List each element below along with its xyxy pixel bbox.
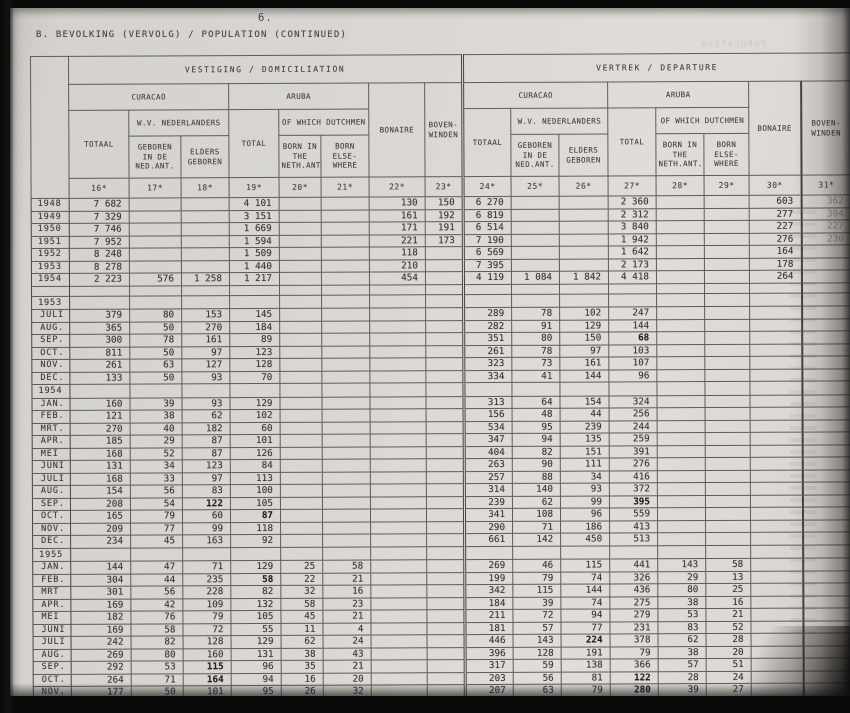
data-cell: 362 [801, 195, 850, 208]
data-cell [803, 645, 850, 658]
data-cell [657, 408, 705, 421]
data-cell [751, 520, 803, 533]
data-cell: 80 [658, 584, 706, 597]
data-cell [321, 260, 369, 273]
data-cell: 259 [609, 433, 657, 446]
data-cell: 323 [464, 357, 512, 370]
data-cell [322, 397, 370, 410]
data-cell: 290 [465, 521, 513, 534]
data-cell: 34 [130, 460, 182, 473]
data-cell [321, 210, 369, 223]
data-cell: 7 746 [69, 223, 129, 236]
data-cell: 45 [281, 610, 323, 623]
data-cell: 13 [706, 571, 751, 584]
data-cell [560, 293, 609, 307]
data-cell: 168 [70, 448, 130, 461]
data-cell: 97 [182, 346, 230, 359]
data-cell: 7 329 [69, 211, 129, 224]
data-cell: 34 [560, 470, 609, 483]
data-cell: 48 [512, 408, 560, 421]
data-cell: 39 [130, 397, 182, 410]
data-cell [427, 622, 465, 635]
data-cell [280, 295, 322, 309]
data-cell: 169 [71, 599, 131, 612]
data-cell [706, 520, 751, 533]
data-cell: 39 [513, 597, 561, 610]
data-cell [511, 209, 559, 222]
data-cell: 1 217 [229, 272, 279, 285]
data-cell: 8 278 [69, 261, 129, 274]
data-cell [322, 409, 370, 422]
data-cell: 72 [513, 609, 561, 622]
data-cell: 153 [182, 309, 230, 322]
data-cell: 171 [369, 222, 425, 235]
data-cell [802, 394, 850, 407]
data-cell [801, 270, 850, 283]
row-label: AUG. [33, 649, 71, 662]
data-cell: 62 [281, 635, 323, 648]
data-cell: 8 248 [69, 248, 129, 261]
data-cell [657, 319, 705, 332]
data-cell: 16 [281, 673, 323, 686]
data-cell: 20 [706, 646, 751, 659]
data-cell: 314 [464, 483, 512, 496]
data-cell [511, 196, 559, 209]
data-cell: 4 418 [608, 271, 656, 284]
data-cell: 186 [561, 520, 610, 533]
data-cell: 129 [231, 560, 281, 573]
data-cell [321, 197, 369, 210]
column-number: 19* [229, 177, 279, 197]
data-cell: 164 [183, 673, 231, 686]
data-cell [802, 306, 850, 319]
header-bovenwinden: BOVEN- WINDEN [801, 81, 850, 175]
data-cell: 29 [658, 571, 706, 584]
data-cell [802, 482, 850, 495]
data-cell: 6 270 [463, 196, 511, 209]
data-cell [750, 381, 802, 395]
data-cell [230, 383, 280, 397]
data-cell [181, 223, 229, 236]
data-cell [426, 358, 464, 371]
row-label: SEP. [33, 661, 71, 674]
header-aruba: ARUBA [608, 81, 749, 108]
row-label: MRT [33, 586, 71, 599]
data-cell: 58 [323, 560, 371, 573]
data-cell [657, 470, 705, 483]
data-cell: 270 [182, 321, 230, 334]
data-cell: 27 [706, 683, 751, 696]
data-cell [182, 285, 230, 295]
data-cell: 7 395 [463, 259, 511, 272]
data-cell: 122 [610, 671, 658, 684]
data-cell [181, 210, 229, 223]
data-cell [657, 420, 705, 433]
data-cell: 58 [706, 558, 751, 571]
data-cell [322, 321, 370, 334]
column-number: 27* [608, 176, 656, 196]
data-cell [803, 608, 850, 621]
data-cell: 230 [801, 232, 850, 245]
data-cell [426, 434, 464, 447]
data-cell: 1 642 [608, 246, 656, 259]
data-cell [705, 283, 750, 293]
column-number: 29* [704, 175, 749, 195]
data-cell [425, 284, 463, 294]
data-cell: 96 [609, 369, 657, 382]
data-cell [802, 469, 850, 482]
data-cell [129, 248, 181, 261]
data-cell [426, 421, 464, 434]
data-cell [370, 294, 426, 308]
data-cell: 129 [230, 397, 280, 410]
data-cell [802, 331, 850, 344]
data-cell: 1 669 [229, 222, 279, 235]
data-cell [464, 284, 512, 294]
data-cell: 239 [464, 496, 512, 509]
data-cell: 115 [561, 559, 610, 572]
data-cell: 151 [560, 445, 609, 458]
data-cell [705, 482, 750, 495]
data-cell [370, 396, 426, 409]
header-bonaire: BONAIRE [369, 83, 425, 177]
data-cell [657, 433, 705, 446]
data-cell [322, 371, 370, 384]
data-cell [705, 331, 750, 344]
data-cell [370, 320, 426, 333]
data-cell: 351 [464, 332, 512, 345]
data-cell [426, 320, 464, 333]
data-cell: 71 [183, 561, 231, 574]
data-cell: 326 [610, 571, 658, 584]
data-cell [750, 407, 802, 420]
row-label: 1953 [31, 261, 69, 274]
data-cell [751, 633, 803, 646]
data-cell [280, 308, 322, 321]
data-cell: 269 [465, 559, 513, 572]
data-cell [279, 197, 321, 210]
data-cell [559, 258, 608, 271]
data-cell [322, 484, 370, 497]
data-cell [803, 595, 850, 608]
data-cell: 123 [182, 460, 230, 473]
data-cell [705, 344, 750, 357]
data-cell [182, 384, 230, 398]
data-cell: 101 [230, 434, 280, 447]
data-cell [751, 558, 803, 571]
data-cell [427, 521, 465, 534]
data-cell [658, 533, 706, 546]
data-cell [280, 484, 322, 497]
data-cell [371, 534, 427, 547]
data-cell: 79 [130, 510, 182, 523]
data-cell [559, 208, 608, 221]
data-cell [803, 507, 850, 520]
data-cell [371, 585, 427, 598]
data-cell: 92 [231, 534, 281, 547]
data-cell [427, 597, 465, 610]
data-cell: 60 [182, 510, 230, 523]
data-cell: 396 [465, 647, 513, 660]
data-cell [370, 383, 426, 397]
data-cell: 52 [706, 621, 751, 634]
data-cell [279, 260, 321, 273]
data-cell [279, 210, 321, 223]
data-cell [656, 233, 704, 246]
data-cell: 334 [464, 370, 512, 383]
data-cell [427, 572, 465, 585]
data-cell: 603 [749, 195, 801, 208]
data-cell [802, 282, 850, 292]
data-cell: 234 [71, 535, 131, 548]
data-cell [609, 283, 657, 293]
data-cell [657, 332, 705, 345]
data-cell [370, 370, 426, 383]
data-cell: 46 [513, 559, 561, 572]
data-cell [280, 447, 322, 460]
data-cell: 150 [560, 332, 609, 345]
data-cell: 416 [609, 470, 657, 483]
data-cell: 131 [231, 648, 281, 661]
data-cell [130, 285, 182, 295]
data-cell: 7 190 [463, 234, 511, 247]
data-cell [657, 344, 705, 357]
data-cell [280, 434, 322, 447]
row-label: AUG. [32, 322, 70, 335]
data-cell [371, 610, 427, 623]
data-cell [559, 246, 608, 259]
data-cell: 404 [464, 446, 512, 459]
header-born-else: BORN ELSE- WHERE [704, 133, 749, 175]
row-label: JUNI [32, 460, 70, 473]
data-cell: 130 [369, 197, 425, 210]
data-cell: 96 [561, 508, 610, 521]
data-cell [280, 472, 322, 485]
data-cell [803, 558, 850, 571]
data-cell [129, 210, 181, 223]
data-cell [371, 546, 427, 560]
data-cell [750, 445, 802, 458]
data-cell [426, 484, 464, 497]
data-cell [803, 583, 850, 596]
data-cell: 559 [610, 508, 658, 521]
data-cell: 38 [281, 648, 323, 661]
data-cell [370, 333, 426, 346]
data-cell: 301 [71, 586, 131, 599]
data-cell: 1 594 [229, 235, 279, 248]
data-cell [281, 534, 323, 547]
data-cell: 2 360 [608, 196, 656, 209]
scan-border-left [0, 0, 14, 713]
data-cell: 82 [131, 636, 183, 649]
data-cell [371, 635, 427, 648]
data-cell: 161 [560, 357, 609, 370]
row-label: APR. [32, 435, 70, 448]
data-cell [657, 357, 705, 370]
data-cell: 1 084 [511, 271, 559, 284]
data-cell: 150 [425, 197, 463, 210]
data-cell [658, 508, 706, 521]
data-cell: 88 [512, 471, 560, 484]
column-number: 23* [425, 177, 463, 197]
data-cell: 50 [130, 371, 182, 384]
data-cell [370, 345, 426, 358]
data-cell [750, 331, 802, 344]
data-cell: 247 [609, 307, 657, 320]
data-cell: 80 [131, 648, 183, 661]
data-cell [371, 560, 427, 573]
data-cell: 304 [71, 574, 131, 587]
data-cell: 24 [706, 671, 751, 684]
data-cell [426, 446, 464, 459]
data-cell: 62 [658, 634, 706, 647]
data-cell: 41 [512, 370, 560, 383]
row-label: 1952 [31, 248, 69, 261]
data-cell [130, 384, 182, 398]
data-cell: 25 [706, 583, 751, 596]
data-cell [426, 345, 464, 358]
data-cell [657, 283, 705, 293]
data-cell [803, 633, 850, 646]
population-table: VESTIGING / DOMICILIATION VERTREK / DEPA… [30, 52, 850, 712]
data-cell [803, 544, 850, 558]
data-cell: 4 119 [463, 271, 511, 284]
data-cell [370, 284, 426, 294]
scan-border-bottom [0, 696, 850, 713]
data-cell [802, 318, 850, 331]
data-cell: 42 [131, 598, 183, 611]
data-cell [322, 308, 370, 321]
data-cell: 89 [230, 333, 280, 346]
data-cell: 87 [182, 435, 230, 448]
data-cell [704, 258, 749, 271]
data-cell: 81 [561, 671, 610, 684]
data-cell [657, 495, 705, 508]
data-cell [656, 196, 704, 209]
data-cell: 29 [130, 435, 182, 448]
data-cell [323, 522, 371, 535]
data-cell: 24 [323, 635, 371, 648]
data-cell: 60 [230, 422, 280, 435]
data-cell [751, 532, 803, 545]
data-cell: 135 [560, 433, 609, 446]
data-cell: 154 [560, 395, 609, 408]
data-cell: 11 [281, 623, 323, 636]
data-cell [322, 434, 370, 447]
data-cell: 73 [512, 357, 560, 370]
data-cell: 144 [609, 319, 657, 332]
data-cell [802, 457, 850, 470]
header-total: TOTAL [229, 109, 279, 177]
data-cell: 28 [706, 633, 751, 646]
data-cell: 83 [182, 485, 230, 498]
data-cell: 365 [70, 322, 130, 335]
data-cell: 313 [464, 396, 512, 409]
data-cell: 131 [70, 460, 130, 473]
data-cell [801, 257, 850, 270]
data-cell: 38 [658, 596, 706, 609]
data-cell: 2 173 [608, 258, 656, 271]
data-cell: 56 [131, 586, 183, 599]
data-cell [131, 547, 183, 561]
data-cell: 113 [230, 472, 280, 485]
data-cell: 97 [560, 344, 609, 357]
row-label: 1950 [31, 223, 69, 236]
data-cell [426, 509, 464, 522]
data-cell: 77 [131, 522, 183, 535]
data-cell: 276 [609, 458, 657, 471]
data-cell [802, 432, 850, 445]
data-cell: 22 [281, 573, 323, 586]
data-cell [464, 294, 512, 308]
header-wv-nederlanders: W.V. NEDERLANDERS [511, 108, 608, 134]
data-cell [705, 470, 750, 483]
data-cell [322, 509, 370, 522]
data-cell: 1 842 [559, 271, 608, 284]
data-cell: 74 [561, 571, 610, 584]
header-of-which-dutchmen: OF WHICH DUTCHMEN [279, 109, 369, 135]
row-label: 1954 [32, 384, 70, 398]
data-cell: 83 [658, 621, 706, 634]
data-cell [280, 459, 322, 472]
data-cell: 185 [70, 435, 130, 448]
data-cell: 78 [512, 345, 560, 358]
column-number: 31* [801, 175, 850, 195]
data-cell: 118 [231, 522, 281, 535]
data-cell [750, 482, 802, 495]
data-cell: 6 819 [463, 209, 511, 222]
row-label-header [31, 56, 70, 198]
data-cell: 107 [609, 357, 657, 370]
data-cell: 21 [323, 610, 371, 623]
data-cell: 140 [512, 483, 560, 496]
data-cell [231, 547, 281, 561]
data-cell [280, 285, 322, 295]
data-cell: 379 [70, 309, 130, 322]
data-cell: 28 [658, 671, 706, 684]
scan-border-top [0, 0, 850, 8]
data-cell: 292 [71, 661, 131, 674]
data-cell: 72 [183, 623, 231, 636]
data-cell [371, 647, 427, 660]
data-cell [322, 497, 370, 510]
data-cell [559, 221, 608, 234]
data-cell: 264 [71, 674, 131, 687]
data-cell [751, 683, 803, 696]
data-cell: 184 [465, 597, 513, 610]
data-cell: 391 [609, 445, 657, 458]
data-cell [425, 272, 463, 285]
data-cell: 80 [512, 332, 560, 345]
data-cell [280, 497, 322, 510]
row-label: OCT. [32, 347, 70, 360]
header-group-vertrek: VERTREK / DEPARTURE [463, 53, 850, 83]
data-cell: 90 [512, 458, 560, 471]
data-cell [609, 293, 657, 307]
data-cell: 261 [464, 345, 512, 358]
data-cell [656, 246, 704, 259]
data-cell [427, 635, 465, 648]
row-label: MEI [33, 611, 71, 624]
header-total: TOTAL [608, 108, 656, 176]
data-cell [426, 370, 464, 383]
data-cell [371, 672, 427, 685]
data-cell: 99 [560, 495, 609, 508]
data-cell [70, 384, 130, 398]
header-geboren: GEBOREN IN DE NED.ANT. [129, 136, 181, 178]
data-cell: 224 [561, 634, 610, 647]
data-cell: 6 569 [463, 246, 511, 259]
